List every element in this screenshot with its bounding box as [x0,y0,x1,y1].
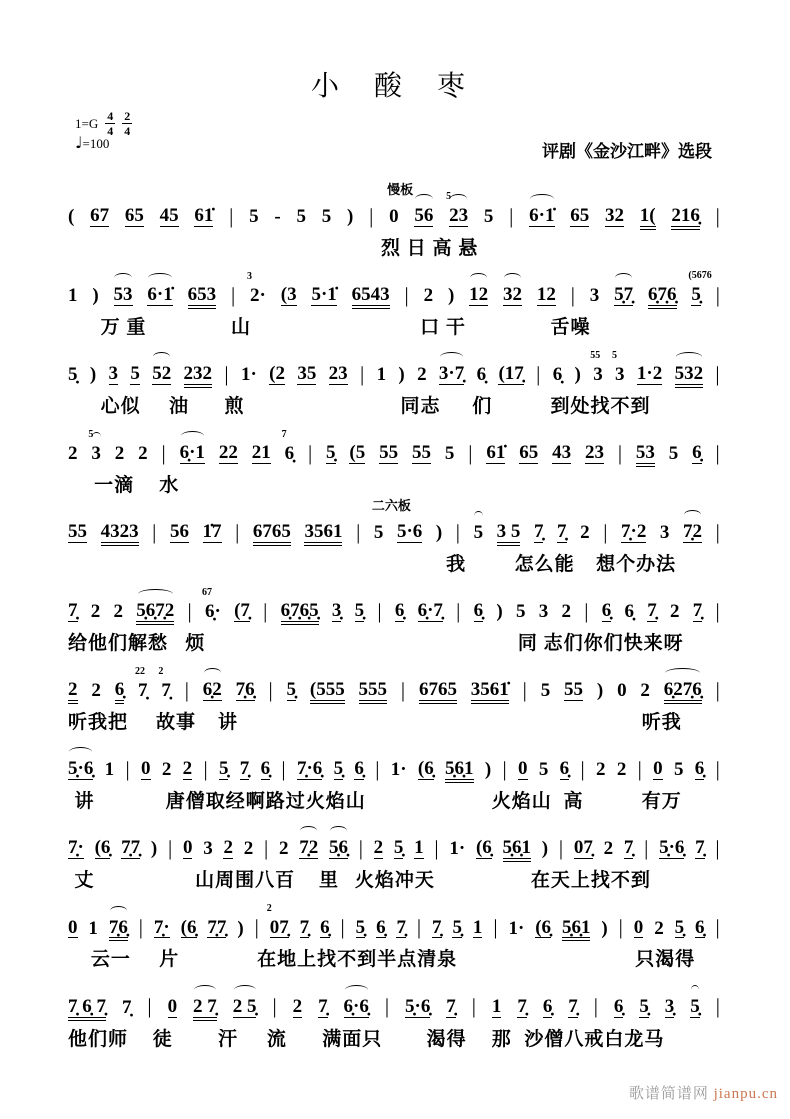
lyric: 同志 [401,391,441,418]
lyrics-row: 云一片在地上找不到半点清泉只渴得 [68,944,720,969]
barline: | [715,837,719,859]
note-token: 5 [484,207,494,227]
time-signature-2: 2 4 [122,110,132,137]
lyric: 听我 [642,707,682,734]
watermark-url: jianpu.cn [714,1086,778,1102]
key-signature: 1=G [75,116,98,132]
note-token: 2 7̣ [193,997,217,1018]
note-token: 0 [518,759,528,780]
tempo-indication: ♩=100 [75,133,109,152]
note-token: 2 [424,286,434,306]
barline: | [341,916,345,938]
note-token: 7̣·2 [621,522,646,543]
lyric: 里 [319,865,339,892]
lyric: 火焰山 [492,786,552,813]
barline: | [619,916,623,938]
note-token: 6̣7̣6̣5̣ [281,601,319,622]
note-token: 53 [114,285,133,306]
lyric: 讲 [218,707,238,734]
barline: | [456,600,460,622]
note-token: ) [398,365,404,385]
note-token: 5̣6̣1 [445,759,474,780]
note-token: 1 [473,918,483,939]
barline: | [139,916,143,938]
music-line: 7̣ 6̣ 7̣7̣|02 7̣2 5̣|27̣6̣·6̣|5̣·6̣7̣|17… [68,970,720,1048]
note-token: ) [92,286,98,306]
note-token: 6·1̇ [529,206,554,227]
note-token: 12 [469,285,488,306]
note-token: 6̣·7̣ [418,601,443,622]
note-token: ) [436,523,442,543]
note-token: 2 [162,760,172,780]
note-token: 6765 [419,680,457,701]
note-token: 1 [105,760,115,780]
barline: | [716,758,720,780]
note-token: 6̣ [395,601,405,622]
note-token: 7̣ [240,759,250,780]
lyric: 高 [564,786,584,813]
lyric: 我 [446,549,466,576]
barline: | [644,837,648,859]
grace-note: 67 [202,588,212,598]
note-token: 6̣·1 [180,443,205,464]
music-line: 7̣·(6̣7̣7̣)|0322|27̣25̣6̣|25̣1|1·(6̣5̣6̣… [68,812,720,890]
music-line: 1)536·1̇653|2·3(35·1̇6543|2)123212|35̣7̣… [68,259,720,337]
note-token: 7̣ [695,838,705,859]
music-line: 554323|561̇7|67653561|5二六板5·6)|53 57̣7̣2… [68,496,720,574]
note-token: 3 [539,602,549,622]
note-token: 5̣(5676 [691,285,701,306]
subtitle: 评剧《金沙江畔》选段 [542,137,712,162]
note-token: 1 [414,838,424,859]
note-token: 55 [68,522,87,543]
lyric: 怎么能 [515,549,575,576]
grace-note: 5 [446,192,451,202]
lyric: 想个办法 [596,549,676,576]
note-token: 5 [322,207,332,227]
note-token: 7̣· [154,918,170,939]
lyric: 讲 [75,786,95,813]
note-token: 1· [449,839,465,859]
barline: | [308,442,312,464]
lyric: 在地上找不到半点清泉 [257,944,457,971]
note-token: 7̣ [446,997,456,1018]
barline: | [716,284,720,306]
note-token: - [274,207,280,227]
lyric: 给他们解愁 [68,628,168,655]
note-token: (6̣ [95,838,111,859]
lyric: 唐僧取经啊路过火焰山 [166,786,366,813]
music-score: (67654561̇|5-55)|0慢板562355|6·1̇65321(216… [68,180,720,1049]
note-token: 355 [593,365,603,385]
lyric: 他们师 [68,1024,128,1051]
lyric: 故事 [156,707,196,734]
note-token: 43 [552,443,571,464]
note-token: 7̣2 [683,522,702,543]
note-token: 1·2 [637,364,662,385]
barline: | [618,442,622,464]
note-token: 6̣ [354,759,364,780]
note-token: 235 [449,206,468,227]
lyric: 心似 [101,391,141,418]
note-token: 1( [640,206,656,227]
note-token: ) [237,919,243,939]
notation-row: (67654561̇|5-55)|0慢板562355|6·1̇65321(216… [68,180,720,227]
barline: | [571,284,575,306]
note-token: 6̣7̣6̣ [648,285,677,306]
note-token: 6̣ [695,759,705,780]
note-token: 55 [564,680,583,701]
note-token: 12 [537,285,556,306]
barline: | [268,679,272,701]
note-token: 216̣ [671,206,700,227]
note-token: 53 [636,443,655,464]
note-token: 35 [91,444,101,464]
notation-row: 7̣225̣6̣7̣2|6̣·67(7̣|6̣7̣6̣5̣3̣5̣|6̣6̣·7… [68,575,720,622]
note-token: 65 [125,206,144,227]
note-token: 2 [68,680,78,701]
note-token: ) [347,207,353,227]
note-token: 6543 [352,285,390,306]
note-token: 7̣ [300,918,310,939]
notation-row: 5̣·6̣1|022|5̣7̣6̣|7̣·6̣5̣6̣|1·(6̣5̣6̣1)|… [68,733,720,780]
lyric: 一滴 [94,470,134,497]
lyric: 到处找不到 [550,391,650,418]
note-token: 1· [241,365,257,385]
note-token: 5 [669,444,679,464]
note-token: ) [601,919,607,939]
note-token: 0 [183,838,193,859]
note-token: 2 [91,681,101,701]
barline: | [584,600,588,622]
lyrics-row: 我怎么能想个办法 [68,549,720,574]
lyric: 云一 [91,944,131,971]
note-token: 7̣2 [299,838,318,859]
note-token: 2 [670,602,680,622]
notation-row: 23522|6̣·122216̣7|5̣(555555|61̇654323|53… [68,417,720,464]
note-token: 5̣·6̣ [68,759,93,780]
note-token: 5̣6̣7̣2 [136,601,174,622]
note-token: (2 [269,364,285,385]
note-token: 5 [674,760,684,780]
note-token: 1 [492,997,502,1018]
lyric: 片 [159,944,179,971]
note-token: 7̣·6̣ [297,759,322,780]
note-token: 7̣ [122,998,132,1018]
barline: | [356,521,360,543]
lyric: 在天上找不到 [531,865,651,892]
grace-note: (5676 [688,271,711,281]
note-token: ) [151,839,157,859]
lyric: 沙僧八戒白龙马 [524,1024,664,1051]
barline: | [264,837,268,859]
note-token: 7̣ [68,601,78,622]
note-token: 7̣ [568,997,578,1018]
lyric: 丈 [75,865,95,892]
note-token: 7̣ [647,601,657,622]
barline: | [456,521,460,543]
note-token: 7̣ [693,601,703,622]
note-token: 45 [160,206,179,227]
note-token: (7̣ [234,601,250,622]
note-token: 5̣6̣ [329,838,348,859]
note-token: 6̣·67 [205,602,221,622]
note-token: 7̣7̣ [121,838,140,859]
note-token: 0 [68,918,78,939]
note-token: 3̣ [665,997,675,1018]
note-token: 55 [379,443,398,464]
note-token: 7̣6̣ [236,680,255,701]
barline: | [594,995,598,1017]
note-token: 61̇ [194,206,213,227]
note-token: 2 [68,444,78,464]
note-token: 6̣ [543,997,553,1018]
lyric: 山周围八百 [195,865,295,892]
barline: | [377,600,381,622]
note-token: 5 [249,207,259,227]
note-token: 1 [377,365,387,385]
barline: | [401,679,405,701]
note-token: 0 [653,759,663,780]
note-token: 6̣ [376,918,386,939]
music-line: 226̣7̣227̣2|6̣27̣6̣|5̣(555555|67653561̇|… [68,654,720,732]
lyric: 满面只 [322,1024,382,1051]
note-token: 3 5 [497,522,521,543]
note-token: (5 [349,443,365,464]
notation-row: 7̣·(6̣7̣7̣)|0322|27̣25̣6̣|25̣1|1·(6̣5̣6̣… [68,812,720,859]
notation-row: 5̣)3552232|1·(23523|1)23·7̣6̣(17̣|6̣)355… [68,338,720,385]
lyric: 听我把 [68,707,128,734]
lyrics-row: 给他们解愁烦同 志们你们快来呀 [68,628,720,653]
note-token: ) [485,760,491,780]
lyrics-row: 烈 日 高 悬 [68,233,720,258]
note-token: 55 [412,443,431,464]
lyrics-row: 万 重山口 干舌噪 [68,312,720,337]
note-token: 5·6 [397,522,422,543]
barline: | [715,916,719,938]
note-token: 07̣ [574,838,593,859]
note-token: 7̣ 6̣ 7̣ [68,997,106,1018]
note-token: 6765 [253,522,291,543]
lyric: 烈 日 高 悬 [381,233,478,260]
note-token: ( [68,207,74,227]
music-line: 017̣6̣|7̣·(6̣7̣7̣)|07̣27̣6̣|5̣6̣7̣|7̣5̣1… [68,891,720,969]
note-token: 3561̇ [471,680,509,701]
barline: | [603,521,607,543]
note-token: 6̣ [320,918,330,939]
notation-row: 554323|561̇7|67653561|5二六板5·6)|53 57̣7̣2… [68,496,720,543]
note-token: 1· [391,760,407,780]
note-token: 5 [474,523,484,543]
note-token: 1̇7 [203,522,222,543]
score-header: 1=G 4 4 2 4 ♩=100 评剧《金沙江畔》选段 [75,110,712,166]
note-token: 5 [445,444,455,464]
note-token: 07̣2 [270,918,289,939]
note-token: 6̣ [695,918,705,939]
note-token: 5̣6̣1 [503,838,532,859]
note-token: 6̣ [474,601,484,622]
note-token: 5 [541,681,551,701]
note-token: 2 [138,444,148,464]
note-token: 5̣·6̣ [659,838,684,859]
note-token: 5 [516,602,526,622]
note-token: ) [542,839,548,859]
note-token: 6̣2 [203,680,222,701]
note-token: 6̣ [553,365,563,385]
note-token: 7̣ [624,838,634,859]
note-token: 3·7̣ [439,364,464,385]
barline: | [523,679,527,701]
tempo-marking: 慢板 [387,183,413,196]
note-token: 56 [414,206,433,227]
note-token: 5̣ [68,365,78,385]
barline: | [638,758,642,780]
note-token: 5̣ [326,443,336,464]
note-token: 5̣ [219,759,229,780]
music-line: 23522|6̣·122216̣7|5̣(555555|61̇654323|53… [68,417,720,495]
barline: | [434,837,438,859]
note-token: 653 [188,285,217,306]
note-token: 6̣ [115,680,125,701]
note-token: 5̣6̣1 [562,918,591,939]
note-token: 5̣ [287,680,297,701]
barline: | [385,995,389,1017]
note-token: (6̣ [476,838,492,859]
note-token: 7̣ [318,997,328,1018]
note-token: 56 [170,522,189,543]
lyric: 们 [472,391,492,418]
note-token: 7̣· [68,838,84,859]
lyric: 山 [231,312,251,339]
note-token: 2 [640,681,650,701]
note-token: 2 5̣ [233,997,257,1018]
note-token: (6̣ [181,918,197,939]
note-token: 5̣ [639,997,649,1018]
note-token: 7̣ [396,918,406,939]
notation-row: 7̣ 6̣ 7̣7̣|02 7̣2 5̣|27̣6̣·6̣|5̣·6̣7̣|17… [68,970,720,1017]
note-token: 3561 [304,522,342,543]
note-token: 5̣·6̣ [405,997,430,1018]
barline: | [359,837,363,859]
barline: | [255,916,259,938]
note-token: 65 [570,206,589,227]
note-token: 6·1̇ [147,285,172,306]
note-token: 6̣ [560,759,570,780]
lyric: 煎 [224,391,244,418]
note-token: 5̣ [356,918,366,939]
barline: | [716,521,720,543]
lyric: 水 [159,470,179,497]
note-token: 5̣ [452,918,462,939]
barline: | [162,442,166,464]
note-token: ) [597,681,603,701]
notation-row: 1)536·1̇653|2·3(35·1̇6543|2)123212|35̣7̣… [68,259,720,306]
note-token: 0 [617,681,627,701]
lyric: 油 [169,391,189,418]
barline: | [224,363,228,385]
note-token: (6̣ [418,759,434,780]
barline: | [185,679,189,701]
barline: | [188,600,192,622]
note-token: 6̣7 [285,444,295,464]
music-line: (67654561̇|5-55)|0慢板562355|6·1̇65321(216… [68,180,720,258]
barline: | [536,363,540,385]
note-token: ) [496,602,502,622]
note-token: 5̣7̣ [614,285,633,306]
lyrics-row: 丈山周围八百里火焰冲天在天上找不到 [68,865,720,890]
note-token: 5̣ [394,838,404,859]
note-token: 555 [359,680,388,701]
note-token: 5二六板 [374,523,384,543]
grace-note: 5 [612,351,617,361]
note-token: 2 [91,602,101,622]
barline: | [369,205,373,227]
lyric: 徒 [153,1024,173,1051]
barline: | [263,600,267,622]
barline: | [168,837,172,859]
note-token: 6̣·6̣ [344,997,369,1018]
note-token: 6̣27̣6̣ [664,680,702,701]
note-token: 2 [617,760,627,780]
lyric: 渴得 [427,1024,467,1051]
note-token: 2 [114,602,124,622]
barline: | [715,363,719,385]
note-token: 6̣ [692,443,702,464]
music-line: 7̣225̣6̣7̣2|6̣·67(7̣|6̣7̣6̣5̣3̣5̣|6̣6̣·7… [68,575,720,653]
note-token: 1 [88,919,98,939]
note-token: 3 [590,286,600,306]
note-token: 5·1̇ [311,285,336,306]
note-token: 5̣ [675,918,685,939]
lyric: 舌噪 [550,312,590,339]
note-token: 2 [654,919,664,939]
barline: | [229,205,233,227]
barline: | [203,758,207,780]
watermark-site: 歌谱简谱网 [629,1086,709,1102]
note-token: 6̣ [602,601,612,622]
barline: | [152,521,156,543]
note-token: 0 [168,997,178,1018]
barline: | [281,758,285,780]
note-token: 65 [519,443,538,464]
note-token: 2 [115,444,125,464]
note-token: 2 [223,838,233,859]
notation-row: 017̣6̣|7̣·(6̣7̣7̣)|07̣27̣6̣|5̣6̣7̣|7̣5̣1… [68,891,720,938]
barline: | [509,205,513,227]
lyrics-row: 讲唐僧取经啊路过火焰山火焰山高有万 [68,786,720,811]
barline: | [716,442,720,464]
note-token: 0 [634,918,644,939]
lyric: 口 干 [420,312,466,339]
notation-row: 226̣7̣227̣2|6̣27̣6̣|5̣(555555|67653561̇|… [68,654,720,701]
barline: | [405,284,409,306]
note-token: 5 [539,760,549,780]
note-token: 0慢板 [389,207,399,227]
note-token: 0 [141,759,151,780]
lyric: 烦 [185,628,205,655]
note-token: 67 [90,206,109,227]
note-token: 32 [605,206,624,227]
grace-note: 7 [282,430,287,440]
note-token: 5 [130,364,140,385]
note-token: 7̣ [534,522,544,543]
note-token: 1· [508,919,524,939]
lyric: 同 志们你们快来呀 [518,628,684,655]
tempo-marking: 二六板 [372,499,411,512]
note-token: 6̣ [261,759,271,780]
note-token: 3 [203,839,213,859]
note-token: 2 [374,838,384,859]
